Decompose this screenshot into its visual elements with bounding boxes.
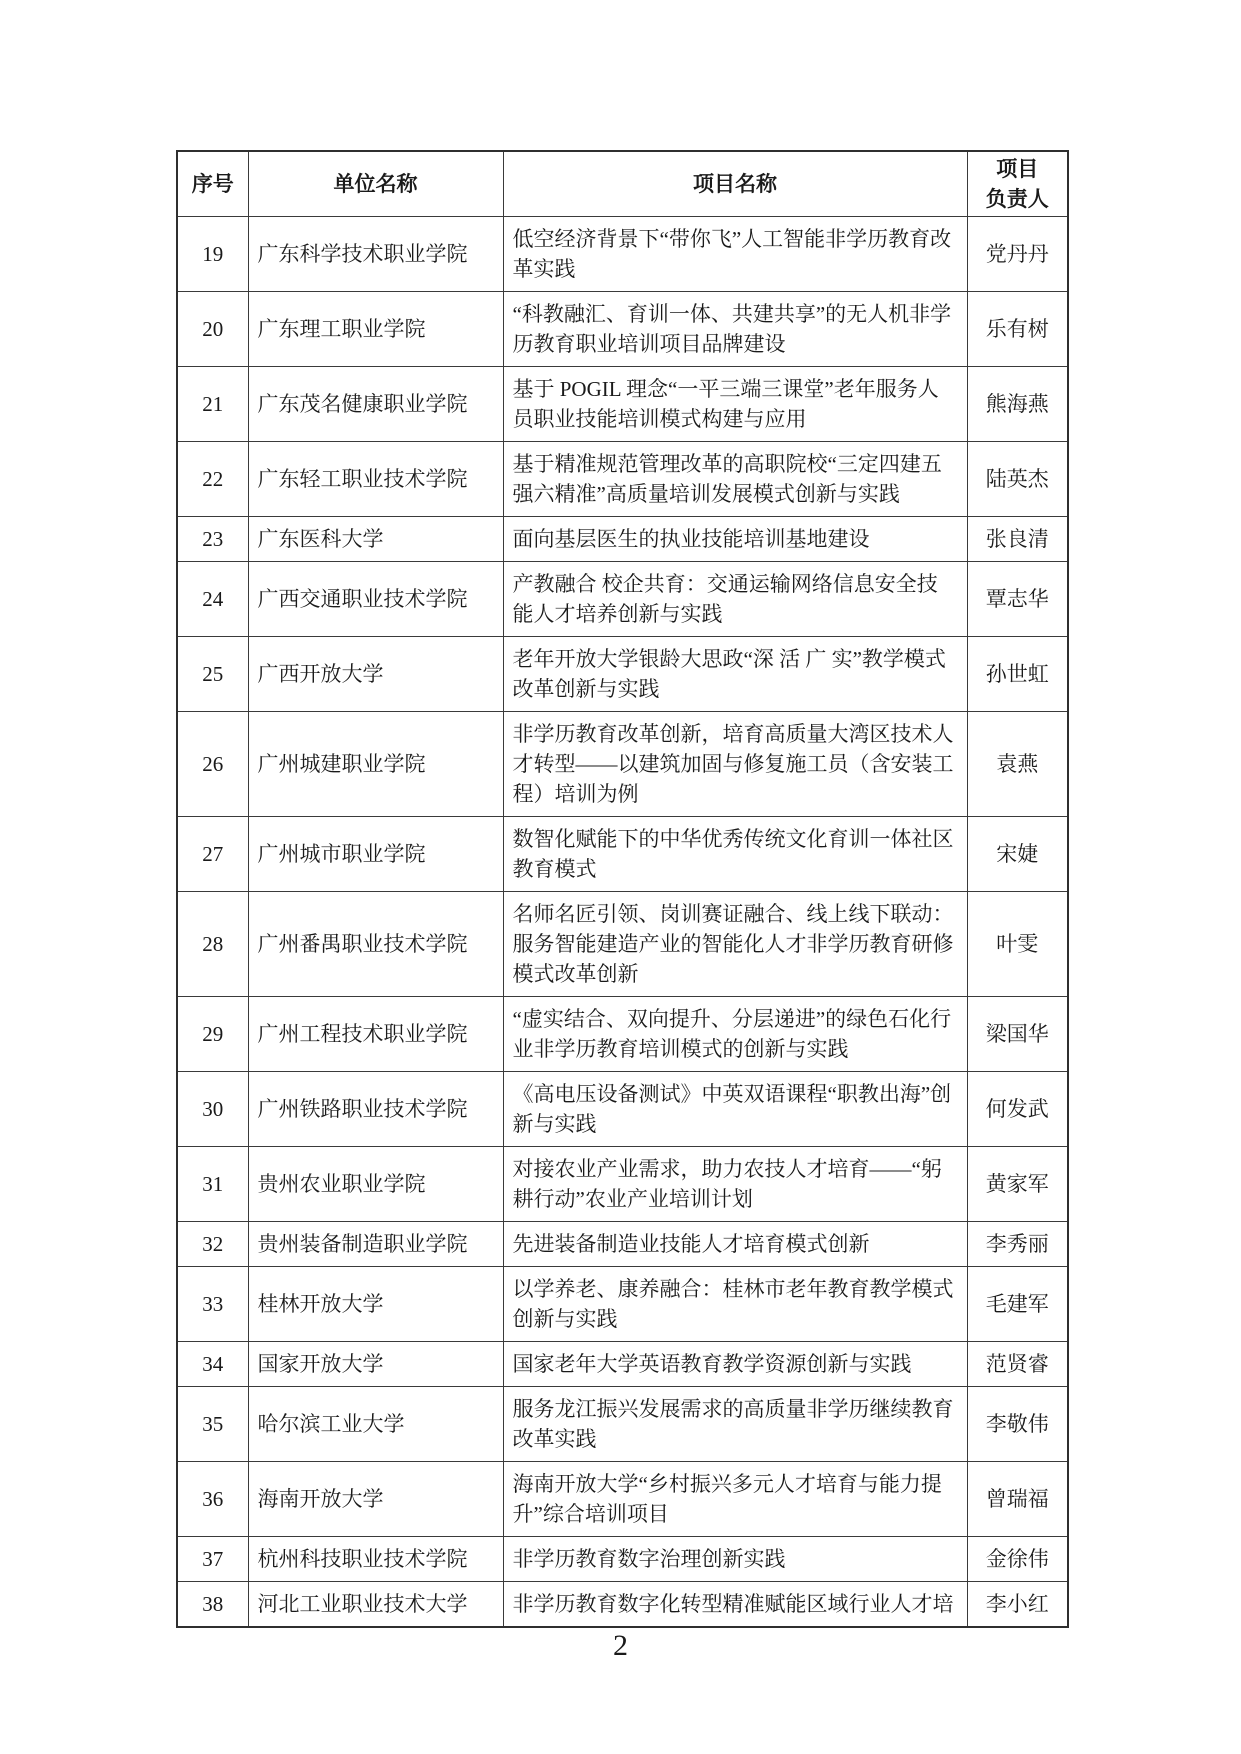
project-leader: 张良清 <box>967 517 1068 562</box>
unit-name: 贵州农业职业学院 <box>248 1147 503 1222</box>
project-leader: 宋婕 <box>967 817 1068 892</box>
project-leader: 乐有树 <box>967 292 1068 367</box>
row-number: 34 <box>177 1342 248 1387</box>
table-row: 29 广州工程技术职业学院 “虚实结合、双向提升、分层递进”的绿色石化行业非学历… <box>177 997 1068 1072</box>
project-name: 名师名匠引领、岗训赛证融合、线上线下联动：服务智能建造产业的智能化人才非学历教育… <box>503 892 967 997</box>
header-leader-line1: 项目 <box>972 154 1064 184</box>
row-number: 24 <box>177 562 248 637</box>
unit-name: 广州铁路职业技术学院 <box>248 1072 503 1147</box>
project-name: 《高电压设备测试》中英双语课程“职教出海”创新与实践 <box>503 1072 967 1147</box>
project-leader: 黄家军 <box>967 1147 1068 1222</box>
unit-name: 广东理工职业学院 <box>248 292 503 367</box>
project-name: 海南开放大学“乡村振兴多元人才培育与能力提升”综合培训项目 <box>503 1462 967 1537</box>
project-name: 先进装备制造业技能人才培育模式创新 <box>503 1222 967 1267</box>
project-leader: 梁国华 <box>967 997 1068 1072</box>
row-number: 29 <box>177 997 248 1072</box>
project-name: 低空经济背景下“带你飞”人工智能非学历教育改革实践 <box>503 217 967 292</box>
page-number: 2 <box>0 1628 1241 1664</box>
table-body: 19 广东科学技术职业学院 低空经济背景下“带你飞”人工智能非学历教育改革实践 … <box>177 217 1068 1628</box>
project-name: 非学历教育数字化转型精准赋能区域行业人才培 <box>503 1582 967 1628</box>
table-row: 24 广西交通职业技术学院 产教融合 校企共育：交通运输网络信息安全技能人才培养… <box>177 562 1068 637</box>
table-header: 序号 单位名称 项目名称 项目 负责人 <box>177 151 1068 217</box>
header-leader: 项目 负责人 <box>967 151 1068 217</box>
project-name: 产教融合 校企共育：交通运输网络信息安全技能人才培养创新与实践 <box>503 562 967 637</box>
unit-name: 广州工程技术职业学院 <box>248 997 503 1072</box>
project-name: 数智化赋能下的中华优秀传统文化育训一体社区教育模式 <box>503 817 967 892</box>
table-row: 25 广西开放大学 老年开放大学银龄大思政“深 活 广 实”教学模式改革创新与实… <box>177 637 1068 712</box>
table-row: 38 河北工业职业技术大学 非学历教育数字化转型精准赋能区域行业人才培 李小红 <box>177 1582 1068 1628</box>
unit-name: 杭州科技职业技术学院 <box>248 1537 503 1582</box>
table-row: 27 广州城市职业学院 数智化赋能下的中华优秀传统文化育训一体社区教育模式 宋婕 <box>177 817 1068 892</box>
table-row: 19 广东科学技术职业学院 低空经济背景下“带你飞”人工智能非学历教育改革实践 … <box>177 217 1068 292</box>
table-row: 34 国家开放大学 国家老年大学英语教育教学资源创新与实践 范贤睿 <box>177 1342 1068 1387</box>
project-name: 基于精准规范管理改革的高职院校“三定四建五强六精准”高质量培训发展模式创新与实践 <box>503 442 967 517</box>
row-number: 28 <box>177 892 248 997</box>
unit-name: 贵州装备制造职业学院 <box>248 1222 503 1267</box>
unit-name: 哈尔滨工业大学 <box>248 1387 503 1462</box>
project-leader: 李秀丽 <box>967 1222 1068 1267</box>
table-row: 30 广州铁路职业技术学院 《高电压设备测试》中英双语课程“职教出海”创新与实践… <box>177 1072 1068 1147</box>
project-name: 服务龙江振兴发展需求的高质量非学历继续教育改革实践 <box>503 1387 967 1462</box>
row-number: 31 <box>177 1147 248 1222</box>
project-leader: 覃志华 <box>967 562 1068 637</box>
row-number: 26 <box>177 712 248 817</box>
project-leader: 党丹丹 <box>967 217 1068 292</box>
project-name: 对接农业产业需求，助力农技人才培育——“躬耕行动”农业产业培训计划 <box>503 1147 967 1222</box>
project-leader: 金徐伟 <box>967 1537 1068 1582</box>
row-number: 36 <box>177 1462 248 1537</box>
project-name: 基于 POGIL 理念“一平三端三课堂”老年服务人员职业技能培训模式构建与应用 <box>503 367 967 442</box>
unit-name: 广东轻工职业技术学院 <box>248 442 503 517</box>
project-name: 国家老年大学英语教育教学资源创新与实践 <box>503 1342 967 1387</box>
table-row: 23 广东医科大学 面向基层医生的执业技能培训基地建设 张良清 <box>177 517 1068 562</box>
table-row: 37 杭州科技职业技术学院 非学历教育数字治理创新实践 金徐伟 <box>177 1537 1068 1582</box>
project-leader: 孙世虹 <box>967 637 1068 712</box>
table-row: 32 贵州装备制造职业学院 先进装备制造业技能人才培育模式创新 李秀丽 <box>177 1222 1068 1267</box>
row-number: 27 <box>177 817 248 892</box>
project-name: 非学历教育改革创新，培育高质量大湾区技术人才转型——以建筑加固与修复施工员（含安… <box>503 712 967 817</box>
table-row: 20 广东理工职业学院 “科教融汇、育训一体、共建共享”的无人机非学历教育职业培… <box>177 292 1068 367</box>
unit-name: 海南开放大学 <box>248 1462 503 1537</box>
unit-name: 广东茂名健康职业学院 <box>248 367 503 442</box>
table-row: 33 桂林开放大学 以学养老、康养融合：桂林市老年教育教学模式创新与实践 毛建军 <box>177 1267 1068 1342</box>
row-number: 25 <box>177 637 248 712</box>
project-leader: 曾瑞福 <box>967 1462 1068 1537</box>
row-number: 33 <box>177 1267 248 1342</box>
row-number: 23 <box>177 517 248 562</box>
header-project: 项目名称 <box>503 151 967 217</box>
header-no: 序号 <box>177 151 248 217</box>
unit-name: 河北工业职业技术大学 <box>248 1582 503 1628</box>
row-number: 22 <box>177 442 248 517</box>
row-number: 30 <box>177 1072 248 1147</box>
project-leader: 熊海燕 <box>967 367 1068 442</box>
project-leader: 范贤睿 <box>967 1342 1068 1387</box>
table-row: 36 海南开放大学 海南开放大学“乡村振兴多元人才培育与能力提升”综合培训项目 … <box>177 1462 1068 1537</box>
unit-name: 桂林开放大学 <box>248 1267 503 1342</box>
project-name: 面向基层医生的执业技能培训基地建设 <box>503 517 967 562</box>
table-row: 35 哈尔滨工业大学 服务龙江振兴发展需求的高质量非学历继续教育改革实践 李敬伟 <box>177 1387 1068 1462</box>
header-unit: 单位名称 <box>248 151 503 217</box>
unit-name: 广州城市职业学院 <box>248 817 503 892</box>
table-row: 21 广东茂名健康职业学院 基于 POGIL 理念“一平三端三课堂”老年服务人员… <box>177 367 1068 442</box>
project-name: “虚实结合、双向提升、分层递进”的绿色石化行业非学历教育培训模式的创新与实践 <box>503 997 967 1072</box>
project-leader: 袁燕 <box>967 712 1068 817</box>
projects-table: 序号 单位名称 项目名称 项目 负责人 19 广东科学技术职业学院 低空经济背景… <box>176 150 1069 1628</box>
header-leader-line2: 负责人 <box>972 184 1064 214</box>
project-leader: 毛建军 <box>967 1267 1068 1342</box>
unit-name: 广西开放大学 <box>248 637 503 712</box>
project-leader: 何发武 <box>967 1072 1068 1147</box>
unit-name: 国家开放大学 <box>248 1342 503 1387</box>
row-number: 38 <box>177 1582 248 1628</box>
header-row: 序号 单位名称 项目名称 项目 负责人 <box>177 151 1068 217</box>
row-number: 37 <box>177 1537 248 1582</box>
project-name: 以学养老、康养融合：桂林市老年教育教学模式创新与实践 <box>503 1267 967 1342</box>
row-number: 21 <box>177 367 248 442</box>
row-number: 32 <box>177 1222 248 1267</box>
unit-name: 广东医科大学 <box>248 517 503 562</box>
document-page: 序号 单位名称 项目名称 项目 负责人 19 广东科学技术职业学院 低空经济背景… <box>0 0 1241 1754</box>
unit-name: 广州番禺职业技术学院 <box>248 892 503 997</box>
project-name: 非学历教育数字治理创新实践 <box>503 1537 967 1582</box>
table-row: 22 广东轻工职业技术学院 基于精准规范管理改革的高职院校“三定四建五强六精准”… <box>177 442 1068 517</box>
unit-name: 广东科学技术职业学院 <box>248 217 503 292</box>
row-number: 35 <box>177 1387 248 1462</box>
unit-name: 广西交通职业技术学院 <box>248 562 503 637</box>
row-number: 20 <box>177 292 248 367</box>
project-name: 老年开放大学银龄大思政“深 活 广 实”教学模式改革创新与实践 <box>503 637 967 712</box>
table-row: 31 贵州农业职业学院 对接农业产业需求，助力农技人才培育——“躬耕行动”农业产… <box>177 1147 1068 1222</box>
unit-name: 广州城建职业学院 <box>248 712 503 817</box>
project-leader: 李敬伟 <box>967 1387 1068 1462</box>
project-leader: 李小红 <box>967 1582 1068 1628</box>
project-leader: 叶雯 <box>967 892 1068 997</box>
table-row: 28 广州番禺职业技术学院 名师名匠引领、岗训赛证融合、线上线下联动：服务智能建… <box>177 892 1068 997</box>
row-number: 19 <box>177 217 248 292</box>
table-row: 26 广州城建职业学院 非学历教育改革创新，培育高质量大湾区技术人才转型——以建… <box>177 712 1068 817</box>
project-name: “科教融汇、育训一体、共建共享”的无人机非学历教育职业培训项目品牌建设 <box>503 292 967 367</box>
project-leader: 陆英杰 <box>967 442 1068 517</box>
